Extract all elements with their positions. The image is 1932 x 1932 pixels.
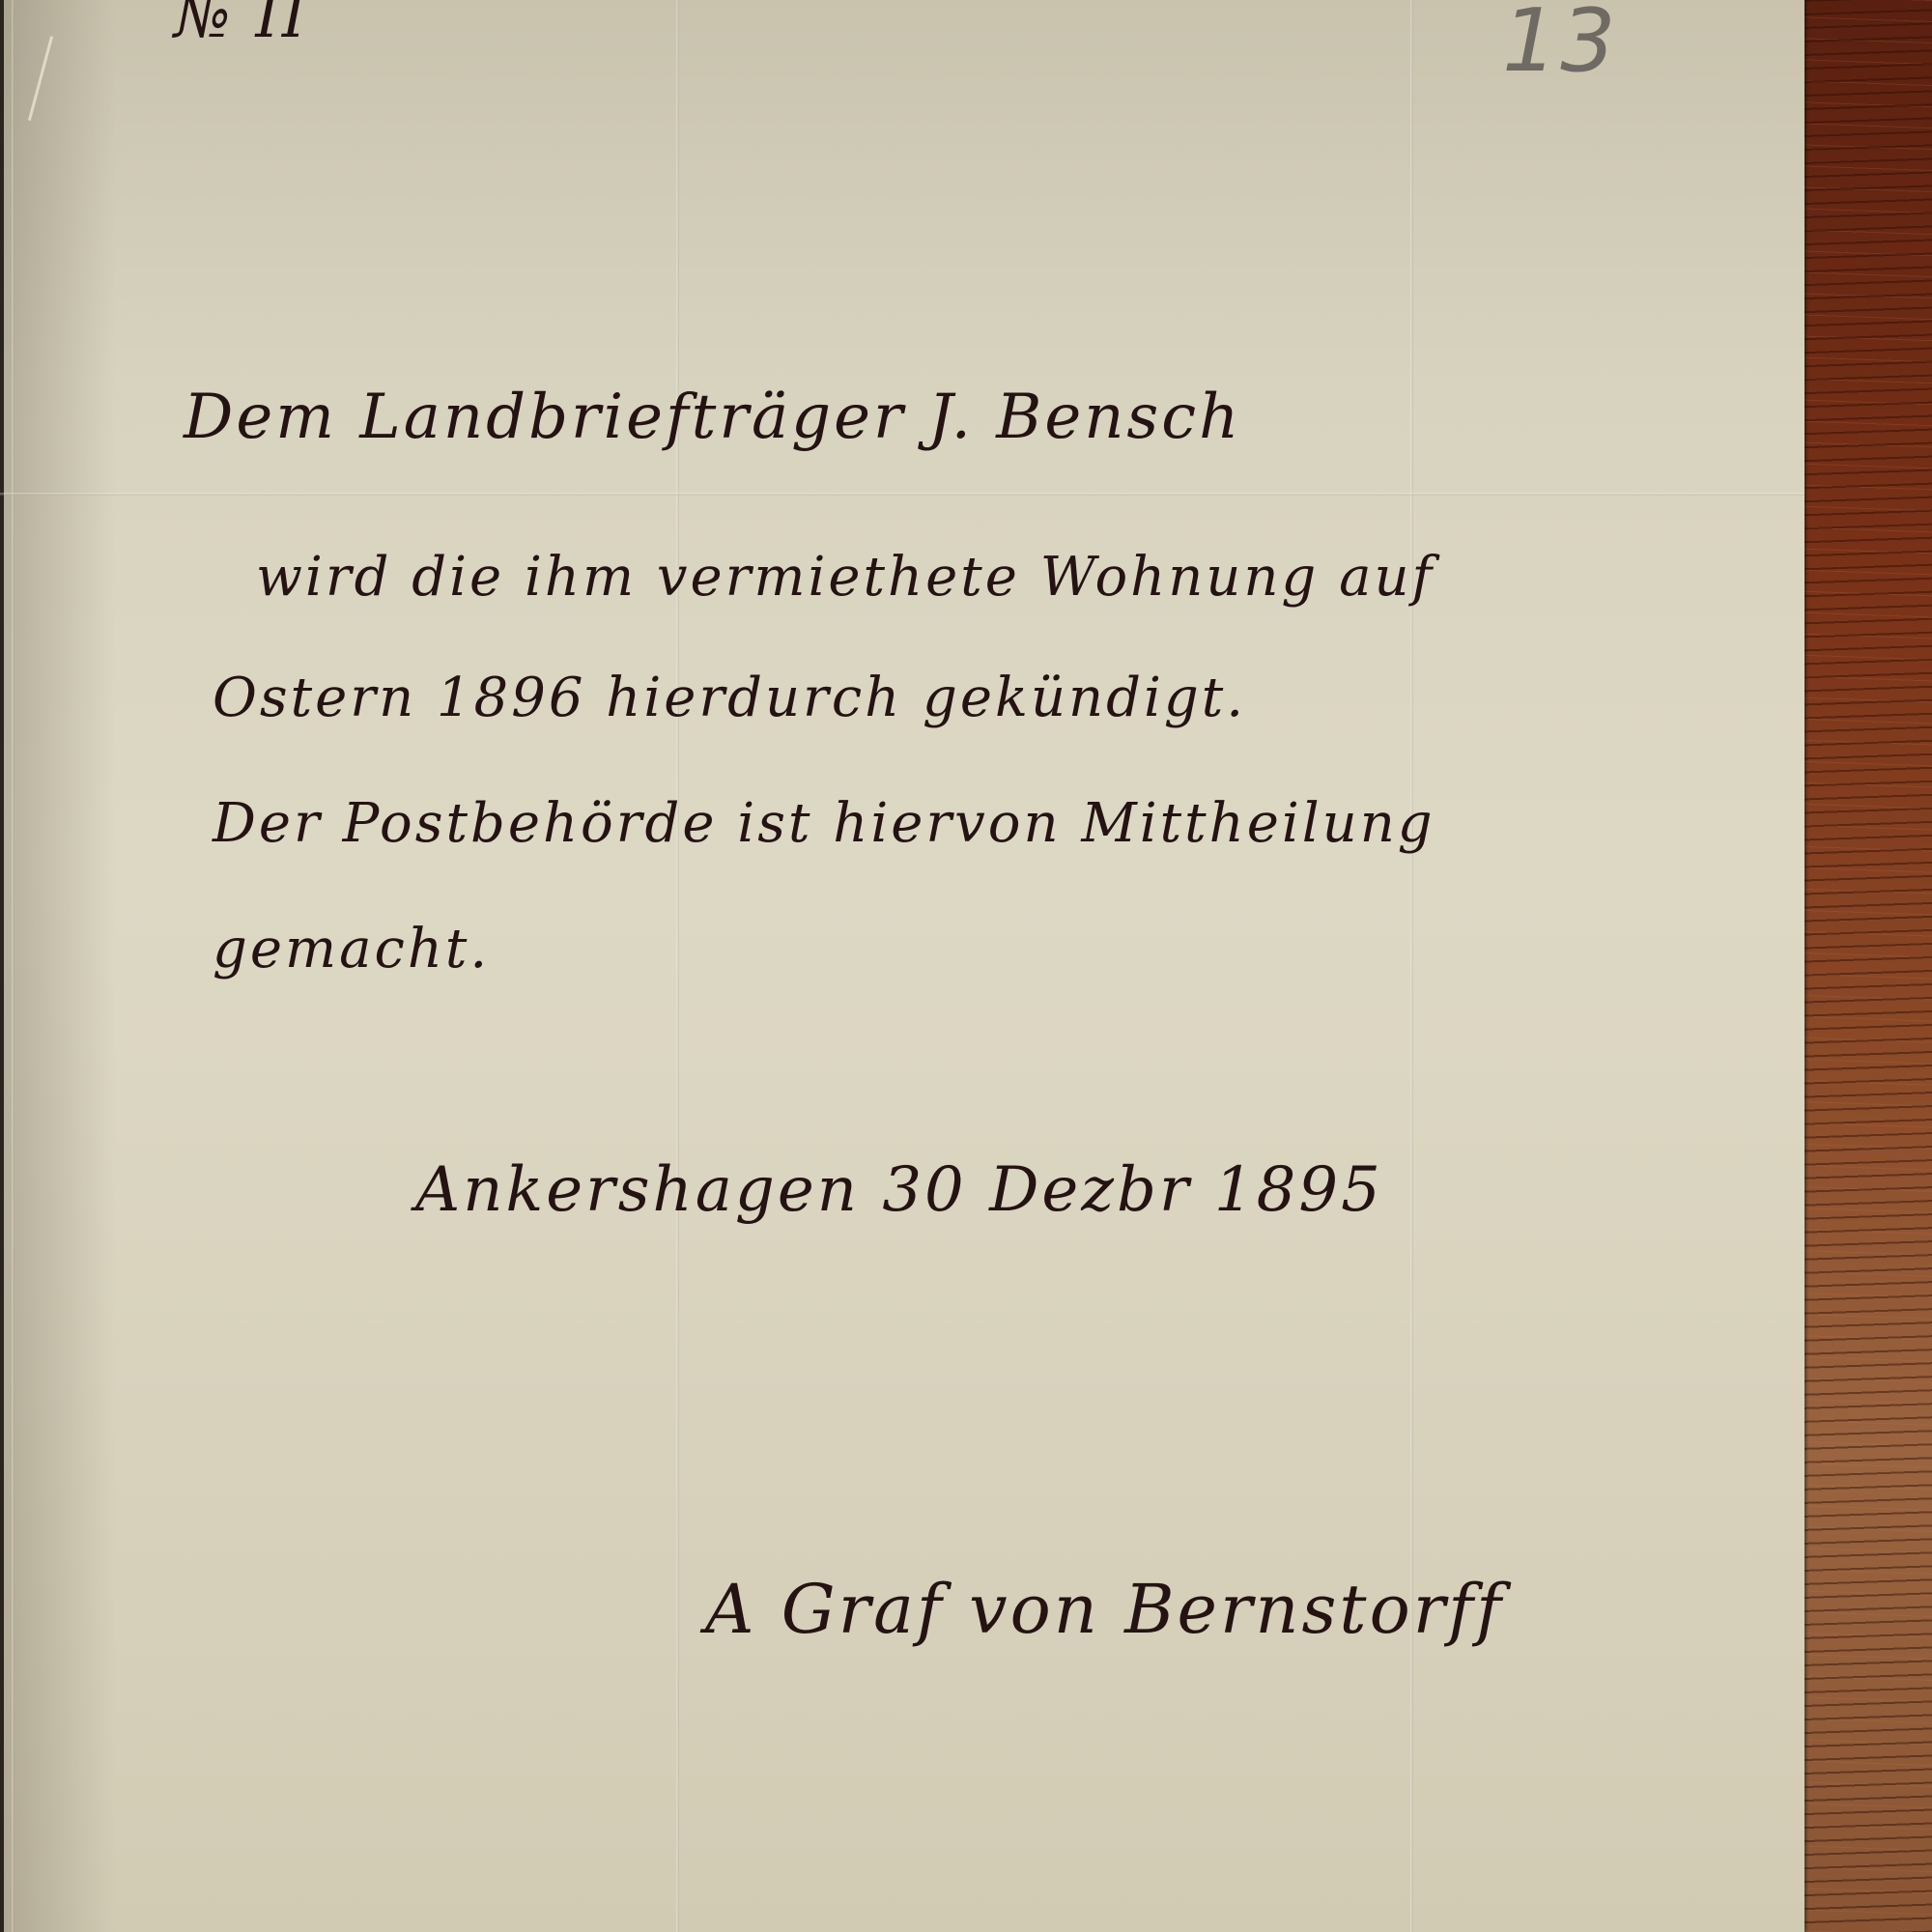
document-number: № II: [174, 0, 308, 51]
fold-line-horizontal: [0, 493, 1804, 496]
fold-line-vertical: [676, 0, 679, 1932]
body-line-4: Der Postbehörde ist hiervon Mittheilung: [213, 792, 1435, 855]
body-line-2: wird die ihm vermiethete Wohnung auf: [256, 546, 1435, 609]
place-and-date: Ankershagen 30 Dezbr 1895: [415, 1154, 1383, 1226]
signature: A Graf von Bernstorff: [705, 1570, 1504, 1649]
pencil-page-mark: 13: [1502, 0, 1619, 92]
body-line-3: Ostern 1896 hierdurch gekündigt.: [213, 667, 1246, 729]
letter-paper: № II 13 Dem Landbriefträger J. Bensch wi…: [0, 0, 1804, 1932]
wooden-table-background: [1803, 0, 1932, 1932]
body-line-1: Dem Landbriefträger J. Bensch: [184, 382, 1241, 453]
paper-left-edge: [0, 0, 4, 1932]
body-line-5: gemacht.: [213, 918, 490, 980]
paper-tear: [28, 36, 81, 128]
fold-line-vertical: [12, 0, 14, 1932]
